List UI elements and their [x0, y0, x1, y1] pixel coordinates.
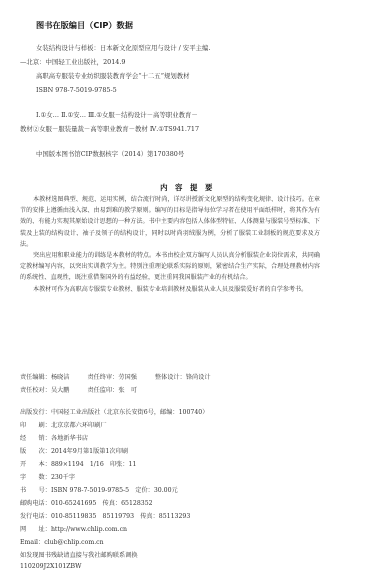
credit-editor-value: 杨晓洁	[51, 374, 70, 381]
footer-code: 110209J2X101ZBW	[20, 563, 81, 570]
email-link[interactable]: club@chlip.com.cn	[44, 539, 103, 546]
credit-design-label: 整体设计：	[155, 374, 186, 381]
summary-paragraph-1: 本教材选图典型、规范、运用实例，结合流行时尚，详尽讲授新文化原型的结构变化规律、…	[20, 194, 320, 250]
cip-line-series: 高职高专服装专业纺织服装教育学会“十二五”规划教材	[36, 72, 190, 81]
cip-verification: 中国版本图书馆CIP数据核字（2014）第170380号	[36, 150, 184, 159]
pub-publisher: 出版发行：中国轻工业出版社（北京东长安街6号，邮编：100740）	[20, 407, 208, 416]
pub-isbn-price: 书 号：ISBN 978-7-5019-9785-5 定价：30.00元	[20, 485, 178, 494]
pub-email: Email：club@chlip.com.cn	[20, 537, 104, 546]
pub-printer: 印 刷：北京京都六环印刷厂	[20, 420, 107, 429]
cip-line-title: 女装结构设计与样板：日本新文化原型应用与设计 / 安平主编.	[36, 44, 210, 53]
summary-paragraph-2: 突出应用和职业能力的训练是本教材的特点。本书由校企双方编写人员认真分析服装企业岗…	[20, 250, 320, 284]
credit-print-supervisor-label: 责任监印：	[87, 387, 118, 394]
pub-word-count: 字 数：230千字	[20, 472, 75, 481]
summary-paragraph-3: 本教材可作为高职高专服装专业教材、服装专业培训教材及服装从业人员及服装爱好者的自…	[20, 284, 320, 295]
credit-proofread-value: 吴大鹏	[51, 387, 70, 394]
summary-body: 本教材选图典型、规范、运用实例，结合流行时尚，详尽讲授新文化原型的结构变化规律、…	[20, 194, 320, 295]
cip-line-publisher: —北京：中国轻工业出版社，2014.9	[20, 58, 125, 67]
pub-website: 网 址：http://www.chlip.com.cn	[20, 524, 127, 533]
pub-format: 开 本：889×1194 1/16 印张：11	[20, 459, 136, 468]
credit-print-supervisor-value: 张 可	[118, 387, 137, 394]
footer-notice: 如发现图书残缺请直接与我社邮购联系调换	[20, 550, 138, 559]
credit-proofread-label: 责任校对：	[20, 387, 51, 394]
cip-classification-1: Ⅰ.①女… Ⅱ.①安… Ⅲ.①女服－结构设计－高等职业教育－	[36, 111, 198, 120]
cip-line-isbn: ISBN 978-7-5019-9785-5	[36, 86, 117, 95]
website-link[interactable]: http://www.chlip.com.cn	[51, 526, 127, 533]
credits-row-2: 责任校对：吴大鹏 责任监印：张 可	[20, 385, 137, 394]
pub-distribution-phone: 发行电话：010-85119835 85119793 传真：85113293	[20, 511, 190, 520]
credit-editor-label: 责任编辑：	[20, 374, 51, 381]
pub-mail-order-phone: 邮购电话：010-65241695 传真：65128352	[20, 498, 153, 507]
cip-classification-2: 教材②女服－服装量裁－高等职业教育－教材 Ⅳ.①TS941.717	[20, 125, 199, 134]
pub-edition: 版 次：2014年9月第1版第1次印刷	[20, 446, 128, 455]
credit-design-value: 锋尚设计	[186, 374, 211, 381]
credits-row-1: 责任编辑：杨晓洁 责任终审：劳国强 整体设计：锋尚设计	[20, 372, 211, 381]
pub-distributor: 经 销：各地新华书店	[20, 433, 88, 442]
summary-title: 内 容 提 要	[0, 182, 375, 193]
credit-final-review-value: 劳国强	[118, 374, 137, 381]
cip-title: 图书在版编目（CIP）数据	[36, 20, 133, 31]
credit-final-review-label: 责任终审：	[87, 374, 118, 381]
